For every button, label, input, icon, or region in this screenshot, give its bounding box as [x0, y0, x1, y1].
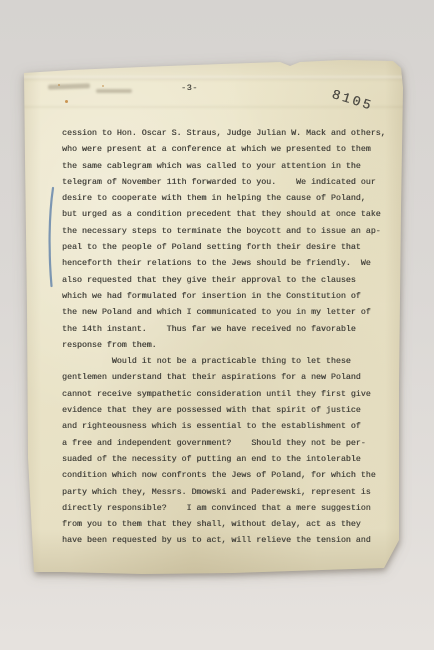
- text-line: response from them.: [62, 338, 398, 354]
- text-line: gentlemen understand that their aspirati…: [62, 370, 398, 386]
- text-line: henceforth their relations to the Jews s…: [62, 256, 398, 272]
- paper-shadow-wrap: -3- 8105 cession to Hon. Oscar S. Straus…: [0, 0, 434, 650]
- text-line: which we had formulated for insertion in…: [62, 289, 398, 305]
- letter-body: cession to Hon. Oscar S. Straus, Judge J…: [62, 126, 398, 550]
- paper-crease: [22, 76, 404, 80]
- text-line: who were present at a conference at whic…: [62, 142, 398, 158]
- stain-speck: [102, 85, 104, 87]
- stain-speck: [192, 60, 195, 63]
- text-line: suaded of the necessity of putting an en…: [62, 452, 398, 468]
- text-line: Would it not be a practicable thing to l…: [62, 354, 398, 370]
- text-line: the new Poland and which I communicated …: [62, 305, 398, 321]
- text-line: from you to them that they shall, withou…: [62, 517, 398, 533]
- text-line: the same cablegram which was called to y…: [62, 159, 398, 175]
- text-line: cannot receive sympathetic consideration…: [62, 387, 398, 403]
- text-line: desire to cooperate with them in helping…: [62, 191, 398, 207]
- text-line: the necessary steps to terminate the boy…: [62, 224, 398, 240]
- text-line: peal to the people of Poland setting for…: [62, 240, 398, 256]
- text-line: but urged as a condition precedent that …: [62, 207, 398, 223]
- text-line: the 14th instant. Thus far we have recei…: [62, 322, 398, 338]
- text-line: evidence that they are possessed with th…: [62, 403, 398, 419]
- text-line: cession to Hon. Oscar S. Straus, Judge J…: [62, 126, 398, 142]
- text-line: also requested that they give their appr…: [62, 273, 398, 289]
- reference-number-stamp: 8105: [330, 88, 375, 115]
- erased-text-smudge: [96, 89, 132, 93]
- text-line: party which they, Messrs. Dmowski and Pa…: [62, 485, 398, 501]
- stain-speck: [58, 84, 60, 86]
- stain-speck: [65, 100, 68, 103]
- erased-text-smudge: [48, 83, 90, 89]
- document-page: -3- 8105 cession to Hon. Oscar S. Straus…: [22, 58, 404, 575]
- text-line: have been requested by us to act, will r…: [62, 533, 398, 549]
- text-line: and righteousness which is essential to …: [62, 419, 398, 435]
- text-line: directly responsible? I am convinced tha…: [62, 501, 398, 517]
- photo-background: -3- 8105 cession to Hon. Oscar S. Straus…: [0, 0, 434, 650]
- text-line: telegram of November 11th forwarded to y…: [62, 175, 398, 191]
- text-line: condition which now confronts the Jews o…: [62, 468, 398, 484]
- page-number: -3-: [181, 83, 198, 93]
- blue-margin-mark-icon: [46, 185, 58, 289]
- text-line: a free and independent government? Shoul…: [62, 436, 398, 452]
